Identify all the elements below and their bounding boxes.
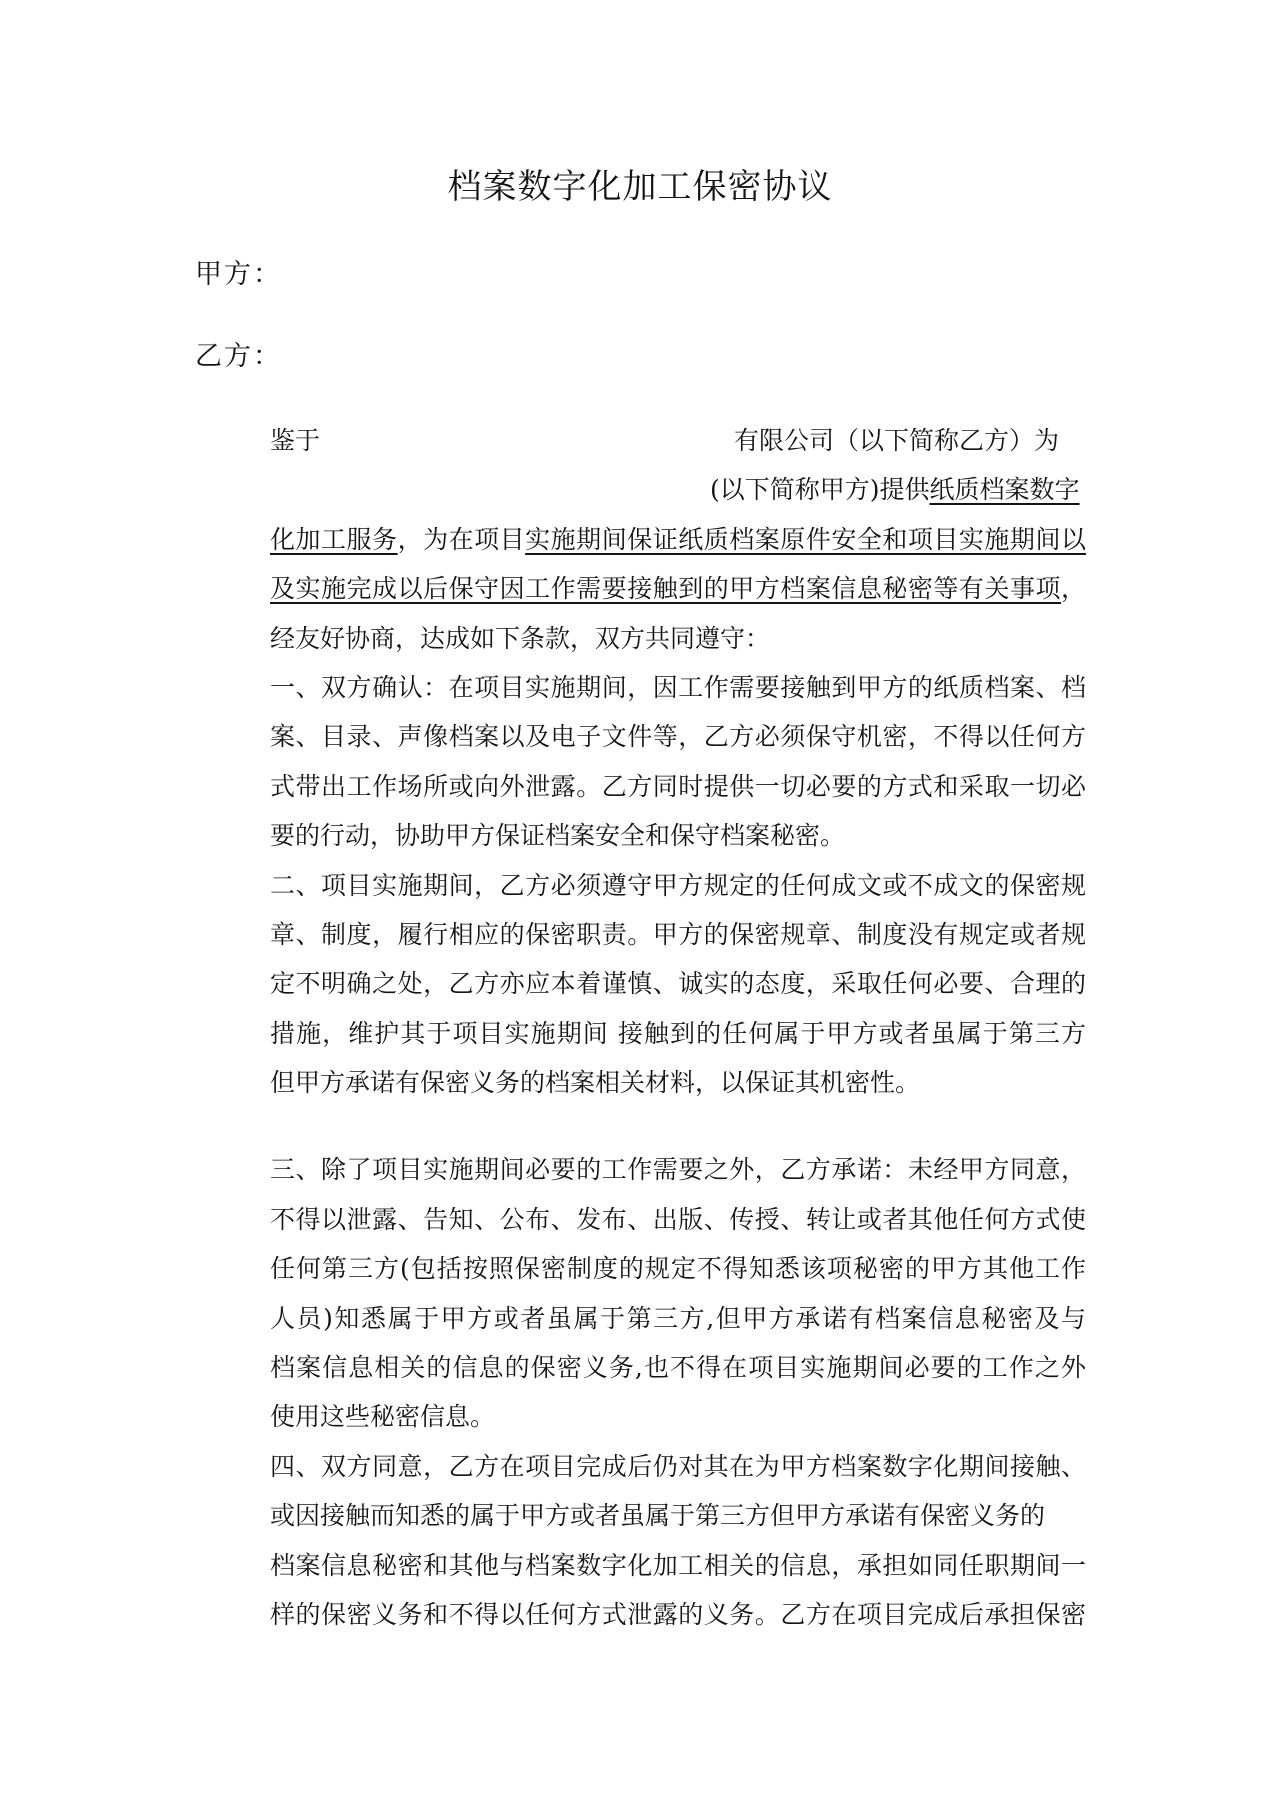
text-segment: 三、除了项目实施期间必要的工作需要之外，乙方承诺：未经甲方同意，: [270, 1155, 1086, 1184]
text-line: 式带出工作场所或向外泄露。乙方同时提供一切必要的方式和采取一切必: [270, 762, 1086, 811]
text-segment: 案、目录、声像档案以及电子文件等，乙方必须保守机密，不得以任何方: [270, 722, 1086, 751]
text-segment: 样的保密义务和不得以任何方式泄露的义务。乙方在项目完成后承担保密: [270, 1600, 1086, 1629]
text-line: 样的保密义务和不得以任何方式泄露的义务。乙方在项目完成后承担保密: [270, 1590, 1086, 1639]
text-segment: 人员)知悉属于甲方或者虽属于第三方,但甲方承诺有档案信息秘密及与: [270, 1304, 1086, 1333]
text-line: 经友好协商，达成如下条款，双方共同遵守：: [270, 614, 1086, 663]
text-segment: 不得以泄露、告知、公布、发布、出版、传授、转让或者其他任何方式使: [270, 1205, 1086, 1234]
text-line: 要的行动，协助甲方保证档案安全和保守档案秘密。: [270, 811, 1086, 860]
underlined-text-segment: 纸质档案数字: [930, 475, 1080, 504]
text-segment: ，为在项目: [398, 525, 526, 554]
text-line: 章、制度，履行相应的保密职责。甲方的保密规章、制度没有规定或者规: [270, 910, 1086, 959]
document-page: 档案数字化加工保密协议 甲方： 乙方： 鉴于有限公司（以下简称乙方）为(以下简称…: [0, 0, 1280, 1810]
text-line: 使用这些秘密信息。: [270, 1392, 1086, 1441]
underlined-text-segment: 实施期间保证纸质档案原件安全和项目实施期间以: [525, 525, 1086, 554]
text-segment: 措施，维护其于项目实施期间 接触到的任何属于甲方或者虽属于第三方: [270, 1019, 1086, 1048]
text-segment: 经友好协商，达成如下条款，双方共同遵守：: [270, 624, 770, 653]
text-segment: 档案信息秘密和其他与档案数字化加工相关的信息，承担如同任职期间一: [270, 1551, 1086, 1580]
text-segment: 一、双方确认：在项目实施期间，因工作需要接触到甲方的纸质档案、档: [270, 673, 1086, 702]
text-line: 鉴于有限公司（以下简称乙方）为: [270, 416, 1086, 465]
text-line: 档案信息秘密和其他与档案数字化加工相关的信息，承担如同任职期间一: [270, 1541, 1086, 1590]
text-line: 档案信息相关的信息的保密义务,也不得在项目实施期间必要的工作之外: [270, 1343, 1086, 1392]
document-body: 鉴于有限公司（以下简称乙方）为(以下简称甲方)提供纸质档案数字化加工服务，为在项…: [270, 416, 1086, 1639]
text-segment: 章、制度，履行相应的保密职责。甲方的保密规章、制度没有规定或者规: [270, 920, 1086, 949]
text-line: 化加工服务，为在项目实施期间保证纸质档案原件安全和项目实施期间以: [270, 515, 1086, 564]
text-segment: 四、双方同意，乙方在项目完成后仍对其在为甲方档案数字化期间接触、: [270, 1452, 1086, 1481]
party-a-label: 甲方：: [195, 257, 282, 293]
text-segment: ，: [1061, 574, 1086, 603]
document-title: 档案数字化加工保密协议: [0, 166, 1280, 208]
text-segment: 使用这些秘密信息。: [270, 1402, 495, 1431]
text-segment: 二、项目实施期间，乙方必须遵守甲方规定的任何成文或不成文的保密规: [270, 871, 1086, 900]
text-segment: 但甲方承诺有保密义务的档案相关材料，以保证其机密性。: [270, 1068, 920, 1097]
text-segment: 式带出工作场所或向外泄露。乙方同时提供一切必要的方式和采取一切必: [270, 772, 1086, 801]
text-segment: 任何第三方(包括按照保密制度的规定不得知悉该项秘密的甲方其他工作: [270, 1254, 1086, 1283]
text-segment: 定不明确之处，乙方亦应本着谨慎、诚实的态度，采取任何必要、合理的: [270, 969, 1086, 998]
text-segment: 鉴于: [270, 426, 320, 455]
text-line: 或因接触而知悉的属于甲方或者虽属于第三方但甲方承诺有保密义务的: [270, 1491, 1086, 1540]
text-line: 三、除了项目实施期间必要的工作需要之外，乙方承诺：未经甲方同意，: [270, 1145, 1086, 1194]
text-line: 但甲方承诺有保密义务的档案相关材料，以保证其机密性。: [270, 1058, 1086, 1107]
text-line: 二、项目实施期间，乙方必须遵守甲方规定的任何成文或不成文的保密规: [270, 861, 1086, 910]
text-line: 案、目录、声像档案以及电子文件等，乙方必须保守机密，不得以任何方: [270, 712, 1086, 761]
text-segment: 要的行动，协助甲方保证档案安全和保守档案秘密。: [270, 821, 845, 850]
text-line: 及实施完成以后保守因工作需要接触到的甲方档案信息秘密等有关事项，: [270, 564, 1086, 613]
underlined-text-segment: 化加工服务: [270, 525, 398, 554]
text-line: 人员)知悉属于甲方或者虽属于第三方,但甲方承诺有档案信息秘密及与: [270, 1294, 1086, 1343]
text-segment: 或因接触而知悉的属于甲方或者虽属于第三方但甲方承诺有保密义务的: [270, 1501, 1045, 1530]
blank-line: [270, 1107, 1086, 1145]
text-segment: (以下简称甲方)提供: [710, 475, 930, 504]
text-line: 定不明确之处，乙方亦应本着谨慎、诚实的态度，采取任何必要、合理的: [270, 959, 1086, 1008]
party-b-label: 乙方：: [195, 339, 282, 375]
text-line: 一、双方确认：在项目实施期间，因工作需要接触到甲方的纸质档案、档: [270, 663, 1086, 712]
text-line: 任何第三方(包括按照保密制度的规定不得知悉该项秘密的甲方其他工作: [270, 1244, 1086, 1293]
text-line: 措施，维护其于项目实施期间 接触到的任何属于甲方或者虽属于第三方: [270, 1009, 1086, 1058]
text-line: 四、双方同意，乙方在项目完成后仍对其在为甲方档案数字化期间接触、: [270, 1442, 1086, 1491]
underlined-text-segment: 及实施完成以后保守因工作需要接触到的甲方档案信息秘密等有关事项: [270, 574, 1061, 603]
text-line: 不得以泄露、告知、公布、发布、出版、传授、转让或者其他任何方式使: [270, 1195, 1086, 1244]
text-segment: 档案信息相关的信息的保密义务,也不得在项目实施期间必要的工作之外: [270, 1353, 1086, 1382]
text-segment: 有限公司（以下简称乙方）为: [734, 416, 1059, 465]
text-line: (以下简称甲方)提供纸质档案数字: [270, 465, 1086, 514]
